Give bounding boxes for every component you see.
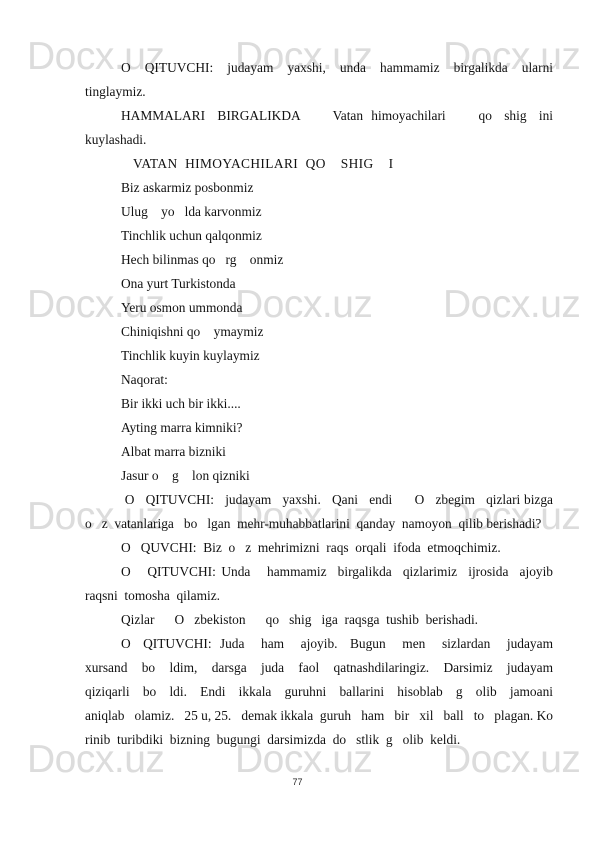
document-body: O QITUVCHI: judayam yaxshi, unda hammami… [85,56,553,752]
verse-line: Yeru osmon ummonda [85,296,553,320]
document-page: Docx.uz Docx.uz Docx.uz Docx.uz Docx.uz … [0,0,595,842]
paragraph: O QUVCHI: Biz o z mehrimizni raqs orqali… [85,536,553,560]
verse-line: Bir ikki uch bir ikki.... [85,392,553,416]
verse-line: Biz askarmiz posbonmiz [85,176,553,200]
song-title: VATAN HIMOYACHILARI QO SHIG I [85,152,553,176]
verse-line: Tinchlik uchun qalqonmiz [85,224,553,248]
verse-line: Ayting marra kimniki? [85,416,553,440]
paragraph: O QITUVCHI: judayam yaxshi, unda hammami… [85,56,553,104]
paragraph: O QITUVCHI: Juda ham ajoyib. Bugun men s… [85,632,553,752]
paragraph: Qizlar O zbekiston qo shig iga raqsga tu… [85,608,553,632]
verse-line: Ona yurt Turkistonda [85,272,553,296]
verse-line: Ulug yo lda karvonmiz [85,200,553,224]
verse-line: Jasur o g lon qizniki [85,464,553,488]
verse-line: Naqorat: [85,368,553,392]
page-number: 77 [0,777,595,787]
paragraph: HAMMALARI BIRGALIKDA Vatan himoyachilari… [85,104,553,152]
paragraph: O QITUVCHI: judayam yaxshi. Qani endi O … [85,488,553,536]
verse-line: Tinchlik kuyin kuylaymiz [85,344,553,368]
verse-line: Albat marra bizniki [85,440,553,464]
verse-line: Hech bilinmas qo rg onmiz [85,248,553,272]
paragraph: O QITUVCHI: Unda hammamiz birgalikda qiz… [85,560,553,608]
verse-line: Chiniqishni qo ymaymiz [85,320,553,344]
